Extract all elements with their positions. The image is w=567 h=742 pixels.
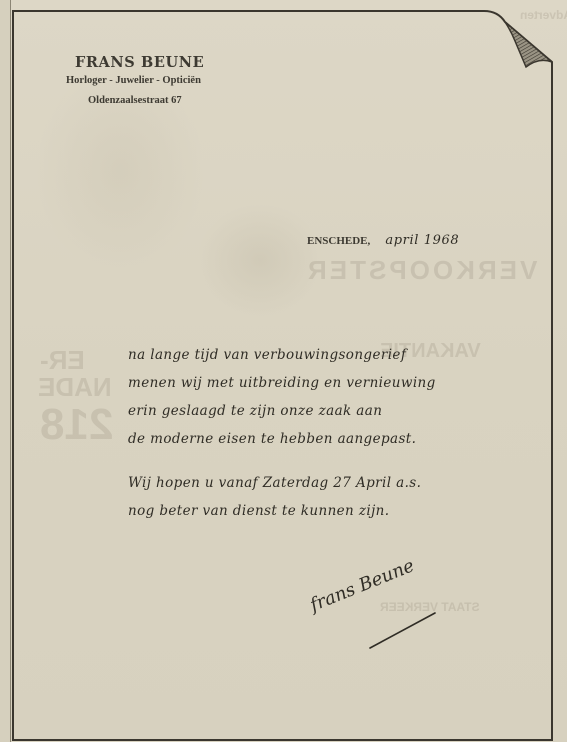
message-paragraph-2: Wij hopen u vanaf Zaterdag 27 April a.s.… — [128, 469, 548, 525]
message-line: nog beter van dienst te kunnen zijn. — [128, 497, 548, 525]
company-trades: Horloger - Juwelier - Opticiën — [66, 75, 204, 86]
signature-underline-icon — [315, 575, 465, 655]
message-line: na lange tijd van verbouwingsongerief — [128, 341, 548, 369]
message-line: menen wij met uitbreiding en vernieuwing — [128, 369, 548, 397]
company-name: FRANS BEUNE — [75, 54, 204, 71]
dateline: ENSCHEDE, april 1968 — [307, 229, 459, 248]
message-paragraph-1: na lange tijd van verbouwingsongerief me… — [128, 341, 548, 453]
letterhead: FRANS BEUNE Horloger - Juwelier - Optici… — [66, 54, 204, 106]
dateline-date: april 1968 — [385, 233, 459, 248]
message-line: erin geslaagd te zijn onze zaak aan — [128, 397, 548, 425]
dateline-place: ENSCHEDE, — [307, 235, 370, 247]
company-address: Oldenzaalsestraat 67 — [88, 95, 204, 106]
message-line: de moderne eisen te hebben aangepast. — [128, 425, 548, 453]
adjacent-column-edge — [0, 0, 11, 742]
signature: frans Beune — [315, 575, 465, 655]
message-line: Wij hopen u vanaf Zaterdag 27 April a.s. — [128, 469, 548, 497]
